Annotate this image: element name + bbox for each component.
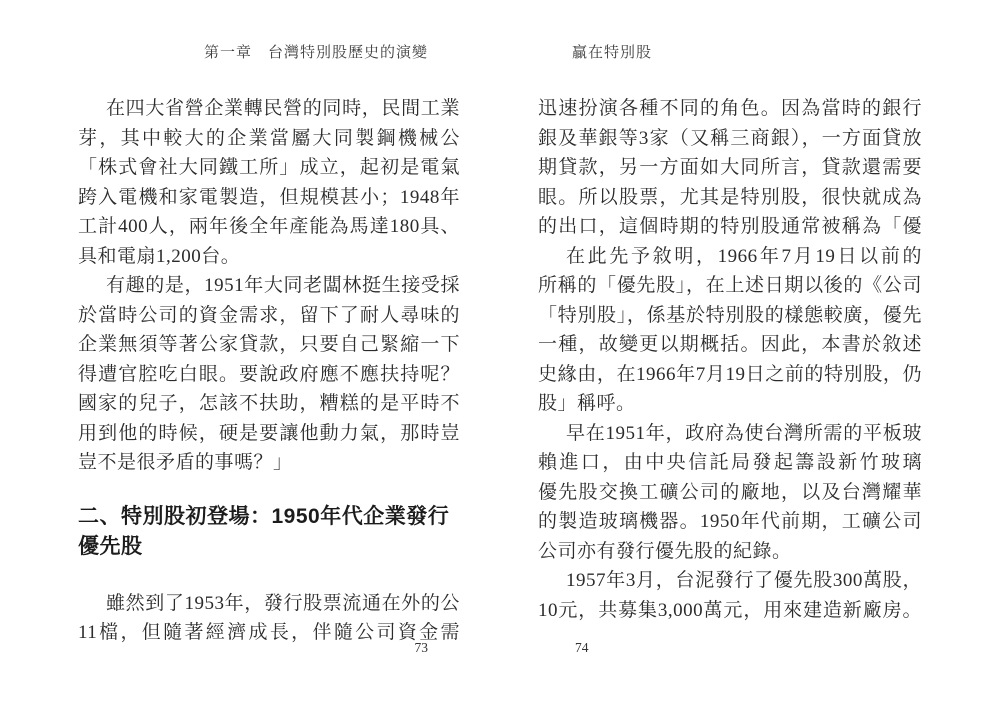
- page-body-left: 在四大省營企業轉民營的同時，民間工業也開始萌芽，其中較大的企業當屬大同製鋼機械公…: [78, 94, 460, 648]
- text-line: 一種，故變更以期概括。因此，本書於敘述時，為尊重歷: [538, 330, 922, 360]
- text-line: 優先股交換工礦公司的廠地，以及台灣耀華玻璃公司既有: [538, 478, 922, 508]
- running-head-right: 贏在特別股: [538, 41, 922, 62]
- text-line: 得遭官腔吃白眼。要說政府應不應扶持呢？民族企業猶如: [78, 360, 460, 390]
- text-line: 雖然到了1953年，發行股票流通在外的公司總共才: [78, 589, 460, 619]
- text-line: 國家的兒子，怎該不扶助，糟糕的是平時不教不養，等到: [78, 389, 460, 419]
- paragraph: 在此先予敘明，1966年7月19日以前的《公司法》所稱的「優先股」，在上述日期以…: [538, 242, 922, 419]
- text-line: 在此先予敘明，1966年7月19日以前的《公司法》: [538, 242, 922, 272]
- text-line: 迅速扮演各種不同的角色。因為當時的銀行只有一銀、彰: [538, 94, 922, 124]
- text-line: 期貸款，另一方面如大同所言，貸款還需要遭官腔吃白: [538, 153, 922, 183]
- text-line: 豈不是很矛盾的事嗎？」: [78, 448, 460, 478]
- text-line: 企業無須等著公家貸款，只要自己緊縮一下就夠了，倒省: [78, 330, 460, 360]
- text-line: 具和電扇1,200台。: [78, 242, 460, 272]
- text-line: 早在1951年，政府為使台灣所需的平板玻璃毋須仰: [538, 419, 922, 449]
- page-right: 贏在特別股 迅速扮演各種不同的角色。因為當時的銀行只有一銀、彰銀及華銀等3家（又…: [538, 0, 922, 701]
- text-line: 股」稱呼。: [538, 389, 922, 419]
- text-line: 眼。所以股票，尤其是特別股，很快就成為企業資金需求: [538, 183, 922, 213]
- text-line: 有趣的是，1951年大同老闆林挺生接受採訪時，對: [78, 271, 460, 301]
- text-line: 公司亦有發行優先股的紀錄。: [538, 537, 922, 567]
- page-left: 第一章 台灣特別股歷史的演變 在四大省營企業轉民營的同時，民間工業也開始萌芽，其…: [78, 0, 460, 701]
- paragraph: 1957年3月，台泥發行了優先股300萬股，每股面額10元，共募集3,000萬元…: [538, 566, 922, 625]
- paragraph: 早在1951年，政府為使台灣所需的平板玻璃毋須仰賴進口，由中央信託局發起籌設新竹…: [538, 419, 922, 567]
- text-line: 用到他的時候，硬是要讓他動力氣，那時豈不是晚了，這: [78, 419, 460, 449]
- text-line: 銀及華銀等3家（又稱三商銀），一方面貸放資金皆為短: [538, 124, 922, 154]
- text-line: 所稱的「優先股」，在上述日期以後的《公司法》改稱: [538, 271, 922, 301]
- text-line: 的出口，這個時期的特別股通常被稱為「優先股」。: [538, 212, 922, 242]
- text-line: 在四大省營企業轉民營的同時，民間工業也開始萌: [78, 94, 460, 124]
- text-line: 工計400人，兩年後全年產能為馬達180具、變壓器180: [78, 212, 460, 242]
- section-heading: 二、特別股初登場：1950年代企業發行優先股: [78, 502, 460, 562]
- page-number-left: 73: [78, 640, 460, 656]
- paragraph: 有趣的是，1951年大同老闆林挺生接受採訪時，對於當時公司的資金需求，留下了耐人…: [78, 271, 460, 478]
- book-spread: 第一章 台灣特別股歷史的演變 在四大省營企業轉民營的同時，民間工業也開始萌芽，其…: [0, 0, 1000, 701]
- text-line: 賴進口，由中央信託局發起籌設新竹玻璃廠。該廠以發行: [538, 448, 922, 478]
- text-line: 的製造玻璃機器。1950年代前期，工礦公司及台灣電力: [538, 507, 922, 537]
- text-line: 「株式會社大同鐵工所」成立，起初是電氣製鋼；1947年: [78, 153, 460, 183]
- text-line: 跨入電機和家電製造，但規模甚小；1948年大同全廠員: [78, 183, 460, 213]
- text-line: 於當時公司的資金需求，留下了耐人尋味的評論：「民營: [78, 301, 460, 331]
- paragraph: 雖然到了1953年，發行股票流通在外的公司總共才11檔，但隨著經濟成長，伴隨公司…: [78, 589, 460, 648]
- text-line: 1957年3月，台泥發行了優先股300萬股，每股面額: [538, 566, 922, 596]
- text-line: 10元，共募集3,000萬元，用來建造新廠房。此時「優先: [538, 596, 922, 626]
- text-line: 史緣由，在1966年7月19日之前的特別股，仍以「優先: [538, 360, 922, 390]
- paragraph: 迅速扮演各種不同的角色。因為當時的銀行只有一銀、彰銀及華銀等3家（又稱三商銀），…: [538, 94, 922, 242]
- text-line: 芽，其中較大的企業當屬大同製鋼機械公司。1937年: [78, 124, 460, 154]
- running-head-left: 第一章 台灣特別股歷史的演變: [78, 41, 460, 62]
- page-number-right: 74: [538, 640, 922, 656]
- text-line: 「特別股」，係基於特別股的樣態較廣，優先股僅為其中: [538, 301, 922, 331]
- page-body-right: 迅速扮演各種不同的角色。因為當時的銀行只有一銀、彰銀及華銀等3家（又稱三商銀），…: [538, 94, 922, 625]
- paragraph: 在四大省營企業轉民營的同時，民間工業也開始萌芽，其中較大的企業當屬大同製鋼機械公…: [78, 94, 460, 271]
